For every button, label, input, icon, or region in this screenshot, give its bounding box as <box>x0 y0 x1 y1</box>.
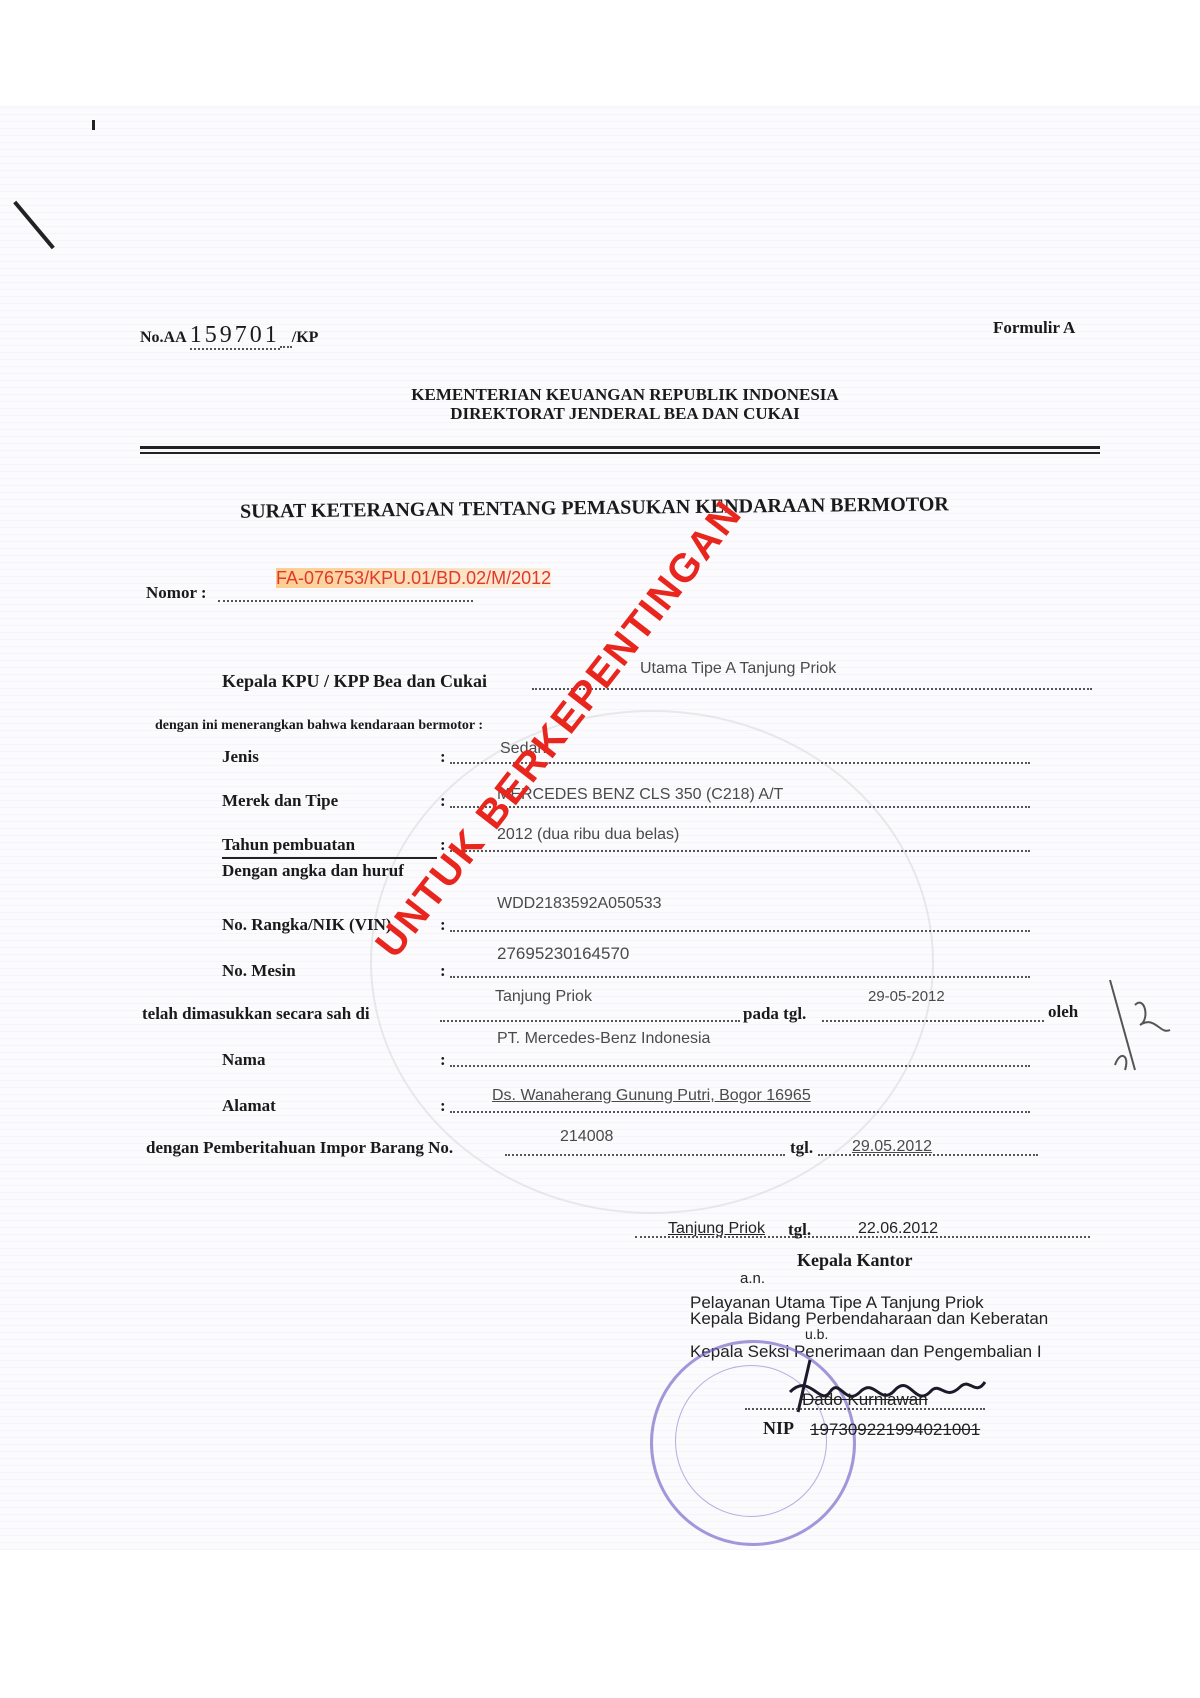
field-label-jenis: Jenis <box>222 747 259 767</box>
serial-number: No.AA 159701 /KP <box>140 322 318 349</box>
nip-label: NIP <box>763 1418 794 1439</box>
field-value-vin: WDD2183592A050533 <box>497 895 662 913</box>
entry-date: 29-05-2012 <box>868 988 945 1005</box>
field-label-mesin: No. Mesin <box>222 961 296 981</box>
field-label-nama: Nama <box>222 1050 265 1070</box>
field-value-mesin: 27695230164570 <box>497 944 629 964</box>
field-value-tahun: 2012 (dua ribu dua belas) <box>497 826 679 844</box>
header-rule <box>140 446 1100 449</box>
pib-number: 214008 <box>560 1128 613 1146</box>
entry-date-label: pada tgl. <box>743 1004 806 1024</box>
office-head: Kepala Kantor <box>797 1250 913 1271</box>
field-value-nama: PT. Mercedes-Benz Indonesia <box>497 1030 710 1048</box>
field-label-tahun: Tahun pembuatan <box>222 835 437 859</box>
nomor-label: Nomor : <box>146 583 207 603</box>
an-label: a.n. <box>740 1270 765 1287</box>
scan-mark <box>92 120 95 130</box>
handwritten-signature <box>770 1352 990 1422</box>
sign-date: 22.06.2012 <box>858 1220 938 1238</box>
office-label: Kepala KPU / KPP Bea dan Cukai <box>222 671 487 692</box>
header-rule <box>140 452 1100 454</box>
pib-date-label: tgl. <box>790 1138 813 1158</box>
nomor-value: FA-076753/KPU.01/BD.02/M/2012 <box>276 568 551 589</box>
form-label: Formulir A <box>993 318 1075 338</box>
field-label-merek: Merek dan Tipe <box>222 791 338 811</box>
ministry-name: KEMENTERIAN KEUANGAN REPUBLIK INDONESIA <box>50 385 1200 404</box>
sign-date-label: tgl. <box>788 1220 811 1240</box>
field-label-alamat: Alamat <box>222 1096 276 1116</box>
field-value-alamat: Ds. Wanaherang Gunung Putri, Bogor 16965 <box>492 1087 811 1105</box>
entry-by-label: oleh <box>1048 1002 1078 1022</box>
margin-initial <box>1105 975 1185 1075</box>
sign-place: Tanjung Priok <box>668 1220 765 1238</box>
letterhead: KEMENTERIAN KEUANGAN REPUBLIK INDONESIA … <box>0 385 1200 423</box>
office-value: Utama Tipe A Tanjung Priok <box>640 660 836 678</box>
nip-value: 197309221994021001 <box>810 1420 980 1440</box>
pib-label: dengan Pemberitahuan Impor Barang No. <box>146 1138 453 1158</box>
field-label-vin: No. Rangka/NIK (VIN) <box>222 915 392 935</box>
entry-label: telah dimasukkan secara sah di <box>142 1004 370 1024</box>
entry-place: Tanjung Priok <box>495 988 592 1006</box>
signer-name: Dado Kurniawan <box>802 1390 928 1410</box>
division-line: Kepala Bidang Perbendaharaan dan Keberat… <box>690 1309 1048 1329</box>
pib-date: 29.05.2012 <box>852 1138 932 1156</box>
directorate-name: DIREKTORAT JENDERAL BEA DAN CUKAI <box>50 404 1200 423</box>
intro-text: dengan ini menerangkan bahwa kendaraan b… <box>155 718 483 734</box>
field-sublabel-tahun: Dengan angka dan huruf <box>222 861 404 881</box>
ub-label: u.b. <box>805 1326 828 1342</box>
